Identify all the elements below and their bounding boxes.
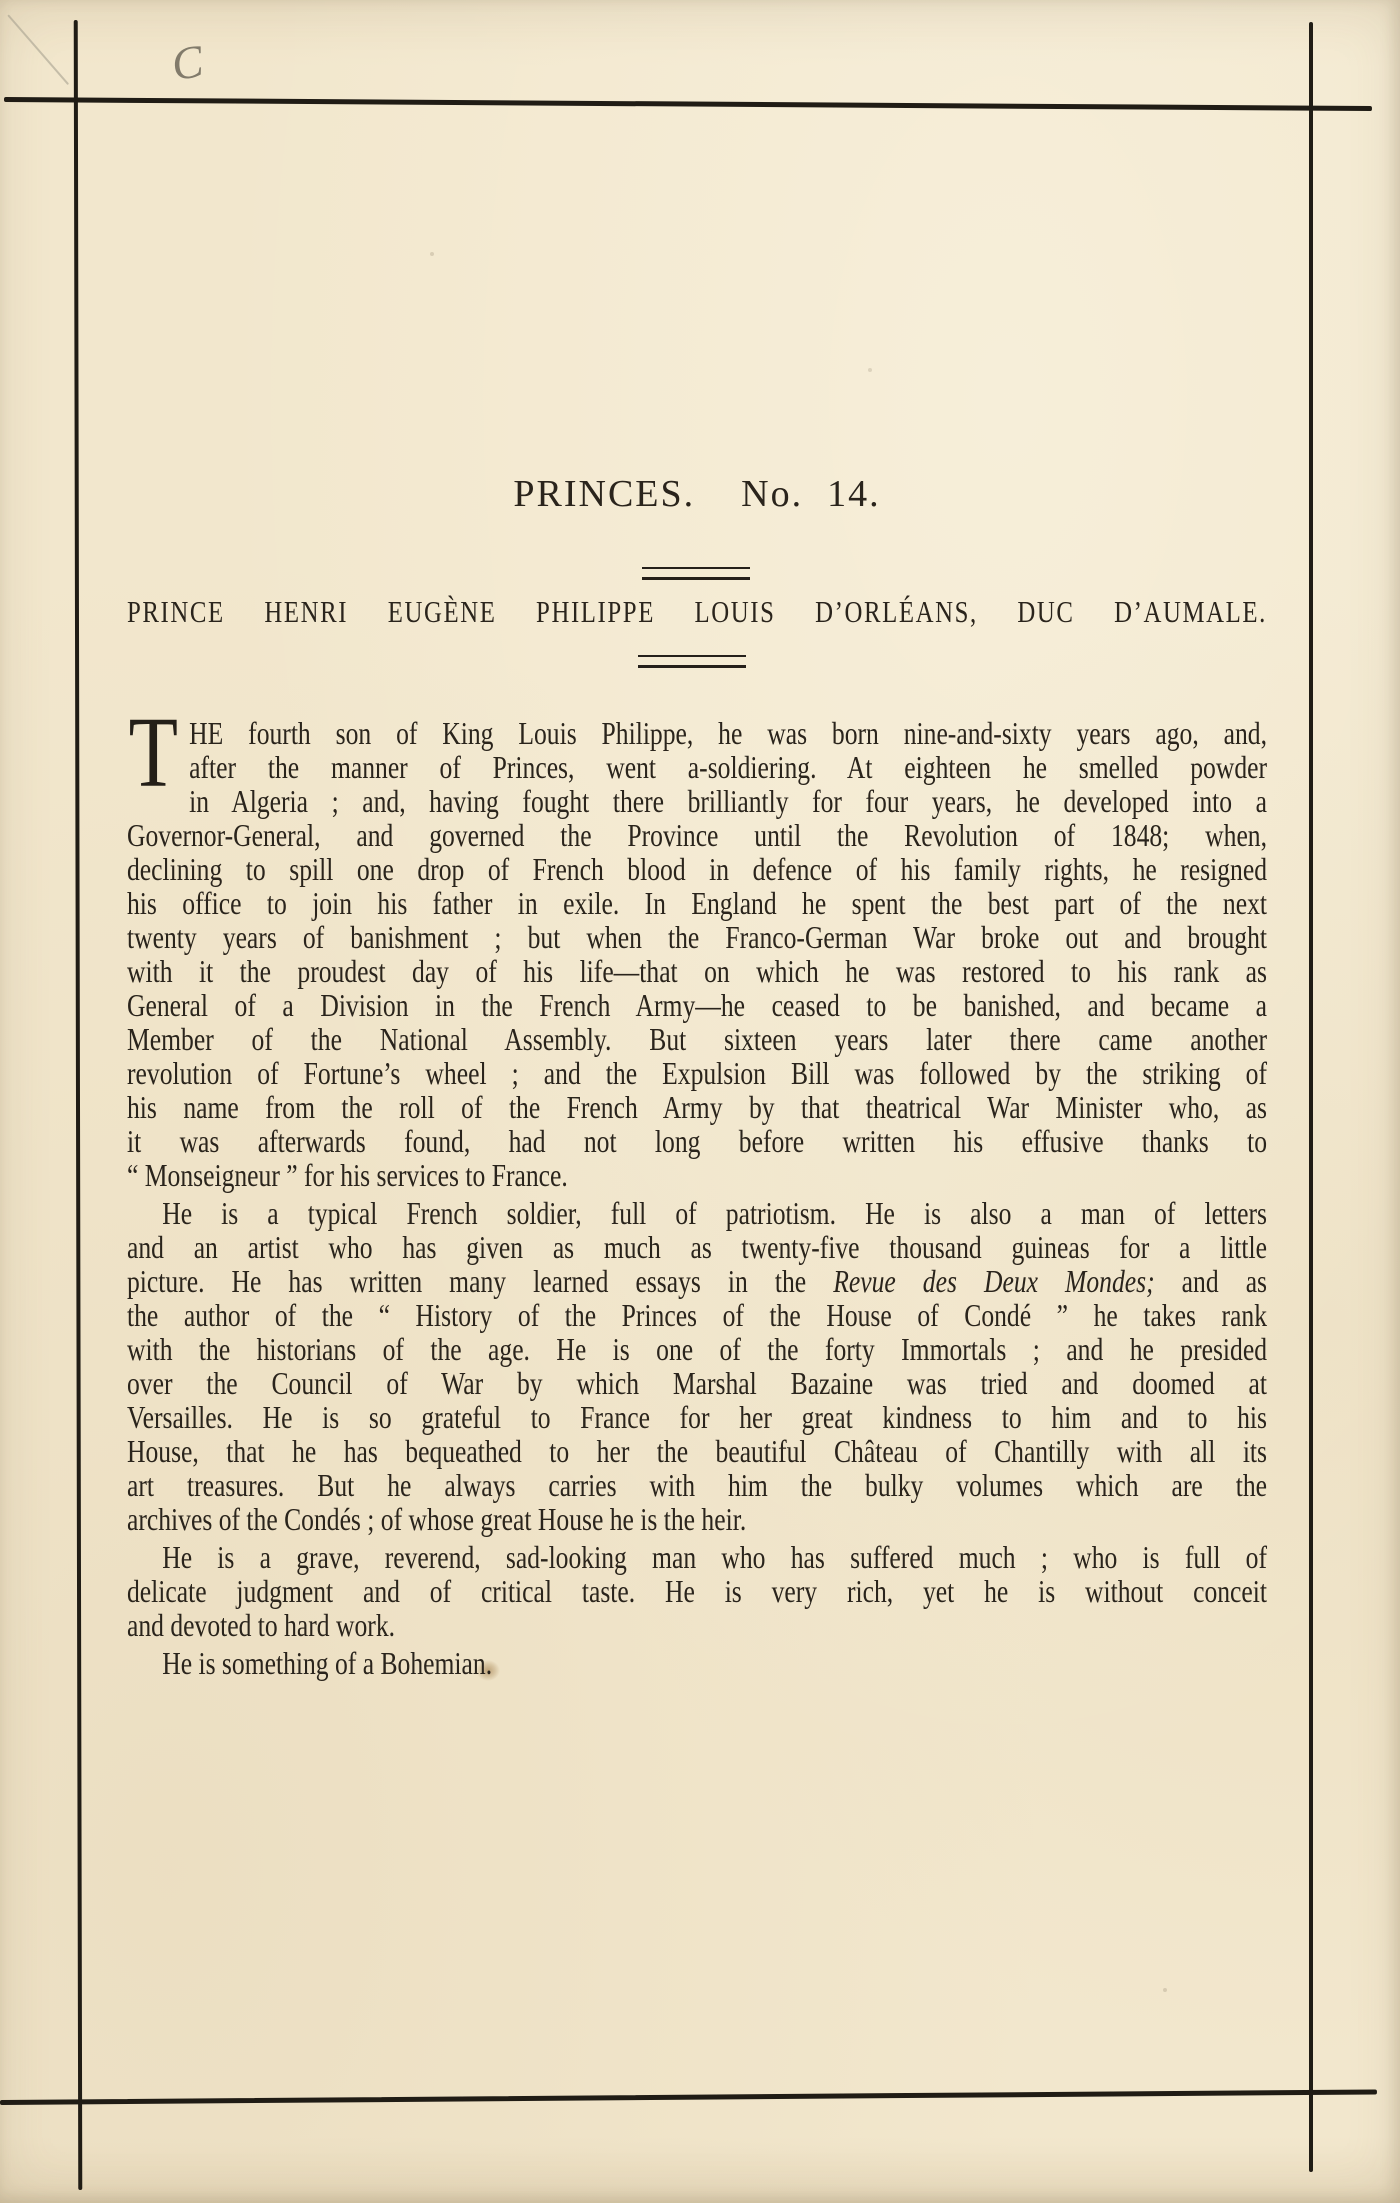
text-segment: twenty years of banishment ; but when th… xyxy=(127,919,1267,955)
page-frame-bottom-rule xyxy=(0,2089,1377,2105)
text-segment: art treasures. But he always carries wit… xyxy=(127,1467,1267,1503)
page-title: PRINCES.No.14. xyxy=(127,472,1267,516)
subtitle-divider xyxy=(638,655,746,668)
text-segment: his office to join his father in exile. … xyxy=(127,885,1267,921)
subtitle-word: PHILIPPE xyxy=(536,594,655,630)
text-line: HE fourth son of King Louis Philippe, he… xyxy=(127,716,1267,750)
text-line: revolution of Fortune’s wheel ; and the … xyxy=(127,1056,1267,1090)
text-line: “ Monseigneur ” for his services to Fran… xyxy=(127,1158,1267,1192)
subtitle: PRINCEHENRIEUGÈNEPHILIPPELOUISD’ORLÉANS,… xyxy=(127,594,1267,630)
text-segment: and as xyxy=(1155,1263,1267,1299)
text-line: art treasures. But he always carries wit… xyxy=(127,1468,1267,1502)
title-number: 14. xyxy=(827,473,881,515)
subtitle-word: EUGÈNE xyxy=(388,594,497,630)
page-frame-top-rule xyxy=(4,97,1372,111)
text-line: and devoted to hard work. xyxy=(127,1608,1267,1642)
title-divider xyxy=(642,567,750,580)
italic-text: Revue des Deux Mondes; xyxy=(833,1263,1154,1299)
text-line: his name from the roll of the French Arm… xyxy=(127,1090,1267,1124)
text-line: declining to spill one drop of French bl… xyxy=(127,852,1267,886)
paper-speck xyxy=(430,252,434,256)
text-segment: Governor-General, and governed the Provi… xyxy=(127,817,1267,853)
text-segment: Versailles. He is so grateful to France … xyxy=(127,1399,1267,1435)
text-line: his office to join his father in exile. … xyxy=(127,886,1267,920)
text-segment: archives of the Condés ; of whose great … xyxy=(127,1501,746,1537)
subtitle-word: DUC xyxy=(1017,594,1074,630)
text-segment: in Algeria ; and, having fought there br… xyxy=(189,783,1267,819)
text-segment: Member of the National Assembly. But six… xyxy=(127,1021,1267,1057)
text-segment: over the Council of War by which Marshal… xyxy=(127,1365,1267,1401)
title-no-label: No. xyxy=(741,473,803,515)
paragraph: He is a typical French soldier, full of … xyxy=(127,1196,1267,1536)
text-line: Versailles. He is so grateful to France … xyxy=(127,1400,1267,1434)
text-line: it was afterwards found, had not long be… xyxy=(127,1124,1267,1158)
page-frame-left-rule xyxy=(74,20,83,2190)
text-line: the author of the “ History of the Princ… xyxy=(127,1298,1267,1332)
paper-speck xyxy=(868,368,872,372)
text-segment: after the manner of Princes, went a-sold… xyxy=(189,749,1267,785)
subtitle-word: LOUIS xyxy=(695,594,776,630)
text-segment: with the historians of the age. He is on… xyxy=(127,1331,1267,1367)
text-segment: with it the proudest day of his life—tha… xyxy=(127,953,1267,989)
text-segment: He is something of a Bohemian. xyxy=(162,1645,492,1681)
paragraph: THE fourth son of King Louis Philippe, h… xyxy=(127,716,1267,1192)
text-segment: it was afterwards found, had not long be… xyxy=(127,1123,1267,1159)
text-line: Member of the National Assembly. But six… xyxy=(127,1022,1267,1056)
text-segment: “ Monseigneur ” for his services to Fran… xyxy=(127,1157,568,1193)
dropcap-initial: T xyxy=(127,716,189,788)
subtitle-word: PRINCE xyxy=(127,594,225,630)
text-segment: House, that he has bequeathed to her the… xyxy=(127,1433,1267,1469)
text-line: General of a Division in the French Army… xyxy=(127,988,1267,1022)
text-line: with it the proudest day of his life—tha… xyxy=(127,954,1267,988)
text-segment: delicate judgment and of critical taste.… xyxy=(127,1573,1267,1609)
paragraph: He is something of a Bohemian. xyxy=(127,1646,1267,1680)
text-segment: HE fourth son of King Louis Philippe, he… xyxy=(189,715,1267,751)
text-segment: and an artist who has given as much as t… xyxy=(127,1229,1267,1265)
text-segment: his name from the roll of the French Arm… xyxy=(127,1089,1267,1125)
text-segment: and devoted to hard work. xyxy=(127,1607,395,1643)
page-frame-right-rule xyxy=(1309,22,1313,2172)
article-body: THE fourth son of King Louis Philippe, h… xyxy=(127,716,1267,1680)
pencil-mark: C xyxy=(169,38,207,88)
text-line: over the Council of War by which Marshal… xyxy=(127,1366,1267,1400)
title-main: PRINCES. xyxy=(513,473,695,515)
text-segment: declining to spill one drop of French bl… xyxy=(127,851,1267,887)
text-segment: picture. He has written many learned ess… xyxy=(127,1263,833,1299)
text-line: and an artist who has given as much as t… xyxy=(127,1230,1267,1264)
page-corner-fold-line xyxy=(7,14,69,85)
text-line: He is a typical French soldier, full of … xyxy=(127,1196,1267,1230)
text-segment: He is a grave, reverend, sad-looking man… xyxy=(162,1539,1267,1575)
text-segment: revolution of Fortune’s wheel ; and the … xyxy=(127,1055,1267,1091)
subtitle-word: D’ORLÉANS, xyxy=(815,594,978,630)
text-segment: He is a typical French soldier, full of … xyxy=(162,1195,1267,1231)
text-line: picture. He has written many learned ess… xyxy=(127,1264,1267,1298)
text-line: He is something of a Bohemian. xyxy=(127,1646,1267,1680)
text-line: House, that he has bequeathed to her the… xyxy=(127,1434,1267,1468)
text-line: archives of the Condés ; of whose great … xyxy=(127,1502,1267,1536)
text-line: in Algeria ; and, having fought there br… xyxy=(127,784,1267,818)
text-line: after the manner of Princes, went a-sold… xyxy=(127,750,1267,784)
text-line: delicate judgment and of critical taste.… xyxy=(127,1574,1267,1608)
text-line: He is a grave, reverend, sad-looking man… xyxy=(127,1540,1267,1574)
text-line: twenty years of banishment ; but when th… xyxy=(127,920,1267,954)
subtitle-word: HENRI xyxy=(264,594,348,630)
text-segment: the author of the “ History of the Princ… xyxy=(127,1297,1267,1333)
text-line: with the historians of the age. He is on… xyxy=(127,1332,1267,1366)
paper-speck xyxy=(1163,1988,1167,1992)
scan-page: C PRINCES.No.14. PRINCEHENRIEUGÈNEPHILIP… xyxy=(0,0,1400,2203)
text-line: Governor-General, and governed the Provi… xyxy=(127,818,1267,852)
text-segment: General of a Division in the French Army… xyxy=(127,987,1267,1023)
subtitle-word: D’AUMALE. xyxy=(1114,594,1267,630)
paragraph: He is a grave, reverend, sad-looking man… xyxy=(127,1540,1267,1642)
